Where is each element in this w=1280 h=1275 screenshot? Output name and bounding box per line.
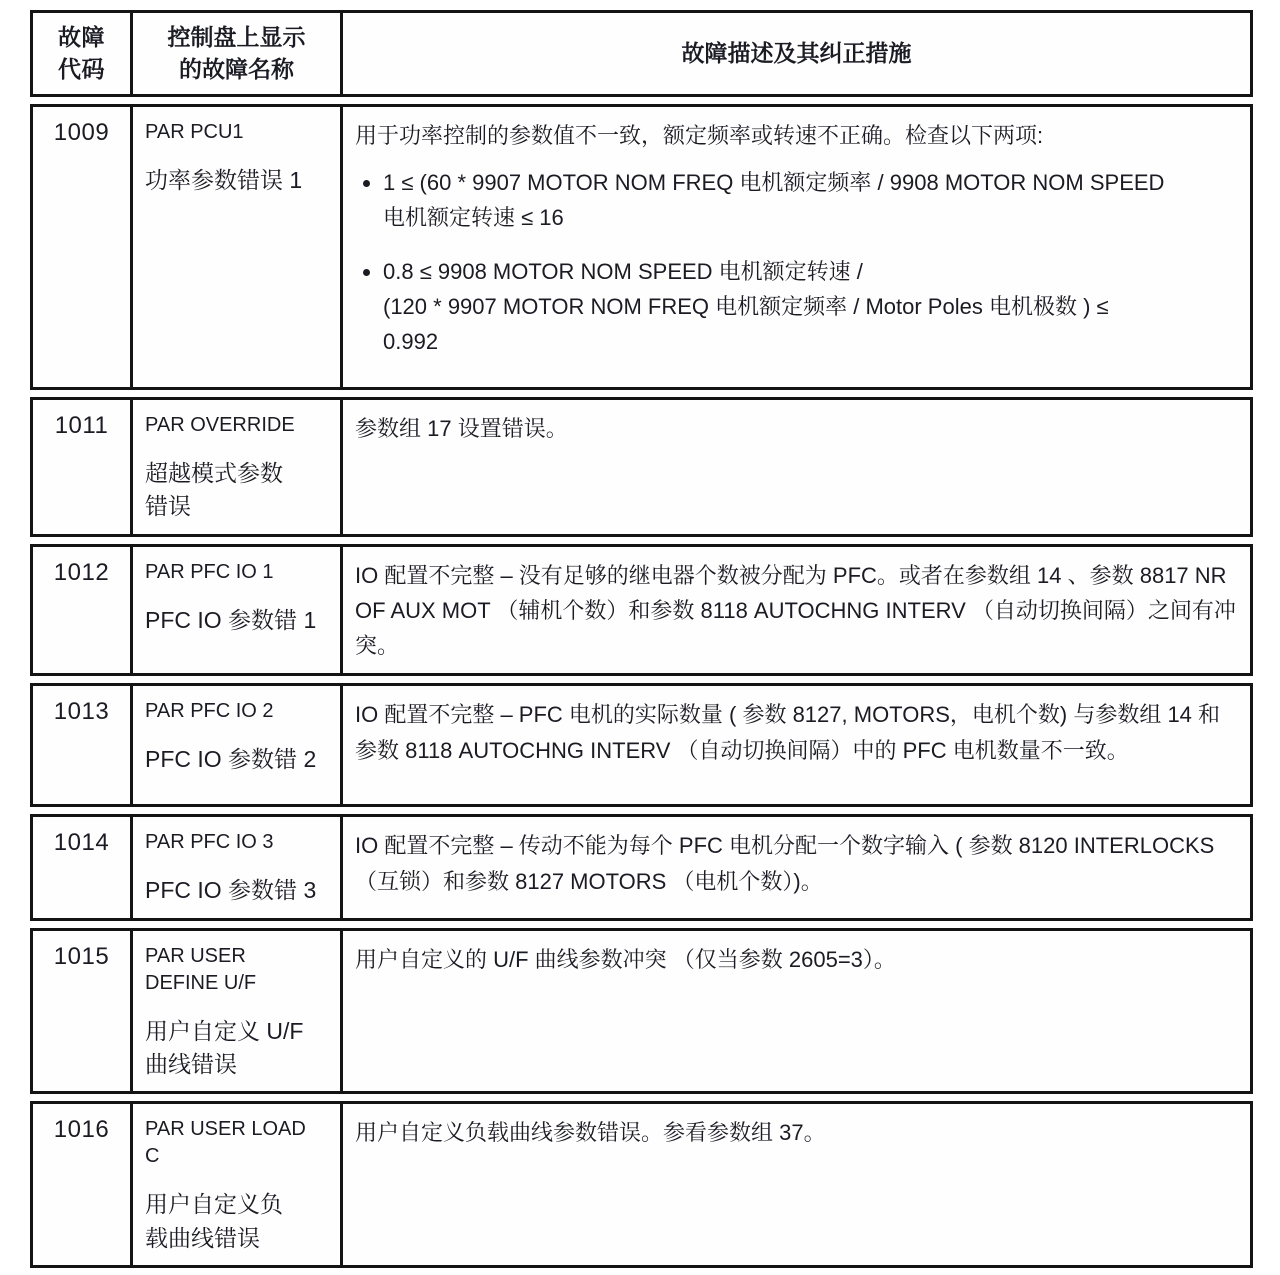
- fault-desc-cell: 用户自定义的 U/F 曲线参数冲突 （仅当参数 2605=3）。: [343, 931, 1250, 1092]
- fault-desc-text: IO 配置不完整 – PFC 电机的实际数量 ( 参数 8127, MOTORS…: [355, 697, 1236, 767]
- table-row-1011: 1011 PAR OVERRIDE 超越模式参数 错误 参数组 17 设置错误。: [30, 397, 1253, 537]
- fault-desc-text: 用户自定义负载曲线参数错误。参看参数组 37。: [355, 1115, 1236, 1150]
- fault-name-cell: PAR PFC IO 1 PFC IO 参数错 1: [130, 547, 343, 674]
- fault-name-zh: 功率参数错误 1: [145, 164, 330, 197]
- fault-code-cell: 1016: [33, 1104, 130, 1265]
- fault-code-cell: 1014: [33, 817, 130, 917]
- header-fault-desc-label: 故障描述及其纠正措施: [682, 35, 912, 72]
- header-fault-code-label: 故障代码: [56, 22, 108, 84]
- fault-code-cell: 1015: [33, 931, 130, 1092]
- fault-name-cell: PAR USER DEFINE U/F 用户自定义 U/F 曲线错误: [130, 931, 343, 1092]
- fault-desc-text: IO 配置不完整 – 没有足够的继电器个数被分配为 PFC。或者在参数组 14 …: [355, 558, 1236, 664]
- fault-desc-text: IO 配置不完整 – 传动不能为每个 PFC 电机分配一个数字输入 ( 参数 8…: [355, 828, 1236, 898]
- table-row-1009: 1009 PAR PCU1 功率参数错误 1 用于功率控制的参数值不一致，额定频…: [30, 104, 1253, 390]
- fault-desc-text: 参数组 17 设置错误。: [355, 411, 1236, 446]
- fault-desc-cell: IO 配置不完整 – 传动不能为每个 PFC 电机分配一个数字输入 ( 参数 8…: [343, 817, 1250, 917]
- header-fault-name-label: 控制盘上显示的故障名称: [162, 22, 312, 84]
- fault-name-en: PAR PFC IO 1: [145, 559, 330, 586]
- fault-name-zh: PFC IO 参数错 3: [145, 874, 330, 907]
- fault-name-zh: 用户自定义负 载曲线错误: [145, 1188, 330, 1255]
- fault-name-en: PAR PCU1: [145, 119, 330, 146]
- table-row-1016: 1016 PAR USER LOAD C 用户自定义负 载曲线错误 用户自定义负…: [30, 1101, 1253, 1268]
- table-row-1012: 1012 PAR PFC IO 1 PFC IO 参数错 1 IO 配置不完整 …: [30, 544, 1253, 677]
- table-row-1014: 1014 PAR PFC IO 3 PFC IO 参数错 3 IO 配置不完整 …: [30, 814, 1253, 920]
- table-row-1013: 1013 PAR PFC IO 2 PFC IO 参数错 2 IO 配置不完整 …: [30, 683, 1253, 807]
- fault-code-cell: 1011: [33, 400, 130, 534]
- fault-name-cell: PAR USER LOAD C 用户自定义负 载曲线错误: [130, 1104, 343, 1265]
- table-row-1015: 1015 PAR USER DEFINE U/F 用户自定义 U/F 曲线错误 …: [30, 928, 1253, 1095]
- fault-desc-cell: 参数组 17 设置错误。: [343, 400, 1250, 534]
- fault-name-cell: PAR OVERRIDE 超越模式参数 错误: [130, 400, 343, 534]
- fault-name-cell: PAR PFC IO 3 PFC IO 参数错 3: [130, 817, 343, 917]
- fault-name-en: PAR OVERRIDE: [145, 412, 330, 439]
- fault-desc-bullet-list: 1 ≤ (60 * 9907 MOTOR NOM FREQ 电机额定频率 / 9…: [355, 165, 1236, 359]
- fault-name-zh: 用户自定义 U/F 曲线错误: [145, 1015, 330, 1082]
- fault-name-en: PAR USER DEFINE U/F: [145, 943, 330, 997]
- fault-name-zh: 超越模式参数 错误: [145, 457, 330, 524]
- table-header-row: 故障代码 控制盘上显示的故障名称 故障描述及其纠正措施: [30, 10, 1253, 97]
- fault-desc-cell: 用户自定义负载曲线参数错误。参看参数组 37。: [343, 1104, 1250, 1265]
- header-fault-code: 故障代码: [33, 13, 130, 94]
- fault-desc-cell: 用于功率控制的参数值不一致，额定频率或转速不正确。检查以下两项: 1 ≤ (60…: [343, 107, 1250, 387]
- fault-name-cell: PAR PCU1 功率参数错误 1: [130, 107, 343, 387]
- fault-desc-bullet: 1 ≤ (60 * 9907 MOTOR NOM FREQ 电机额定频率 / 9…: [383, 165, 1236, 235]
- fault-name-en: PAR PFC IO 3: [145, 829, 330, 856]
- fault-desc-cell: IO 配置不完整 – 没有足够的继电器个数被分配为 PFC。或者在参数组 14 …: [343, 547, 1250, 674]
- fault-code-cell: 1009: [33, 107, 130, 387]
- fault-name-en: PAR PFC IO 2: [145, 698, 330, 725]
- fault-code-cell: 1012: [33, 547, 130, 674]
- fault-desc-text: 用户自定义的 U/F 曲线参数冲突 （仅当参数 2605=3）。: [355, 942, 1236, 977]
- fault-desc-cell: IO 配置不完整 – PFC 电机的实际数量 ( 参数 8127, MOTORS…: [343, 686, 1250, 804]
- fault-code-cell: 1013: [33, 686, 130, 804]
- fault-name-zh: PFC IO 参数错 1: [145, 604, 330, 637]
- fault-desc-bullet: 0.8 ≤ 9908 MOTOR NOM SPEED 电机额定转速 / (120…: [383, 254, 1236, 360]
- fault-name-zh: PFC IO 参数错 2: [145, 743, 330, 776]
- fault-desc-intro: 用于功率控制的参数值不一致，额定频率或转速不正确。检查以下两项:: [355, 118, 1236, 153]
- header-fault-name: 控制盘上显示的故障名称: [130, 13, 343, 94]
- fault-name-cell: PAR PFC IO 2 PFC IO 参数错 2: [130, 686, 343, 804]
- fault-name-en: PAR USER LOAD C: [145, 1116, 330, 1170]
- header-fault-desc: 故障描述及其纠正措施: [343, 13, 1250, 94]
- fault-code-table: 故障代码 控制盘上显示的故障名称 故障描述及其纠正措施 1009 PAR PCU…: [30, 10, 1253, 1275]
